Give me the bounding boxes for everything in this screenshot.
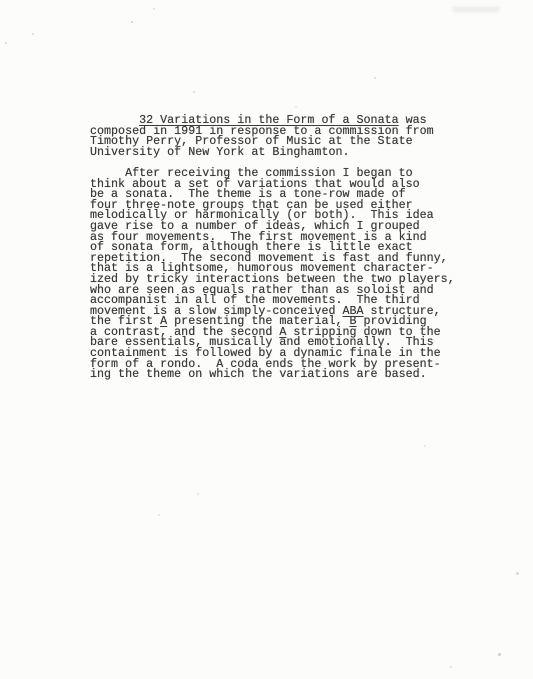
paragraph: After receiving the commission I began t… xyxy=(90,168,455,380)
text-line: ing the theme on which the variations ar… xyxy=(90,369,455,380)
paper-speck xyxy=(374,77,376,79)
paragraph: 32 Variations in the Form of a Sonata wa… xyxy=(90,115,455,157)
paper-speck xyxy=(197,493,199,495)
paper-speck xyxy=(498,653,501,656)
paper-speck xyxy=(424,445,426,447)
paper-speck xyxy=(32,33,34,35)
paper-speck xyxy=(131,21,133,23)
text-segment: ing the theme on which the variations ar… xyxy=(90,367,427,381)
paper-speck xyxy=(295,106,297,108)
paper-speck xyxy=(153,8,155,10)
paper-speck xyxy=(450,666,452,668)
text-line: University of New York at Binghamton. xyxy=(90,147,455,158)
document-page: 32 Variations in the Form of a Sonata wa… xyxy=(0,0,533,679)
scan-smudge xyxy=(452,7,500,12)
paper-speck xyxy=(5,42,7,44)
paper-speck xyxy=(158,514,160,516)
paper-speck xyxy=(516,572,519,575)
text-segment: University of New York at Binghamton. xyxy=(90,145,350,159)
program-note-text: 32 Variations in the Form of a Sonata wa… xyxy=(90,115,455,380)
paper-speck xyxy=(193,91,195,93)
